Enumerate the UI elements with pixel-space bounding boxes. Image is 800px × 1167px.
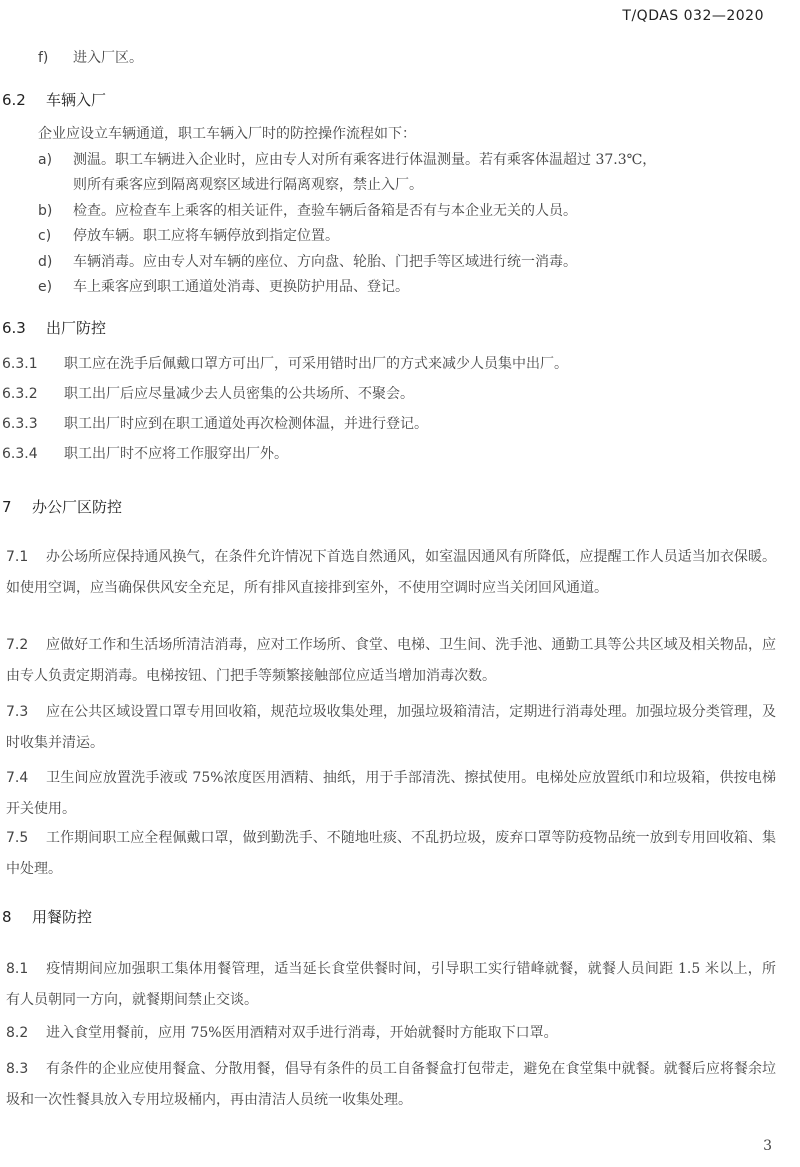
clause-number: 6.3.3 xyxy=(2,414,64,434)
clause-7-2: 7.2应做好工作和生活场所清洁消毒，应对工作场所、食堂、电梯、卫生间、洗手池、通… xyxy=(6,630,776,692)
section-heading-7: 7办公厂区防控 xyxy=(2,496,122,517)
section-title: 用餐防控 xyxy=(32,908,92,926)
list-item-a: a)测温。职工车辆进入企业时，应由专人对所有乘客进行体温测量。若有乘客体温超过 … xyxy=(38,150,656,170)
section-heading-6-2: 6.2车辆入厂 xyxy=(2,89,106,110)
clause-text: 工作期间职工应全程佩戴口罩，做到勤洗手、不随地吐痰、不乱扔垃圾，废弃口罩等防疫物… xyxy=(6,830,776,877)
list-marker: c) xyxy=(38,226,73,246)
list-text: 停放车辆。职工应将车辆停放到指定位置。 xyxy=(73,228,339,244)
clause-number: 6.3.4 xyxy=(2,444,64,464)
clause-text: 职工出厂时应到在职工通道处再次检测体温，并进行登记。 xyxy=(64,416,428,432)
list-marker: a) xyxy=(38,150,73,170)
clause-text: 职工应在洗手后佩戴口罩方可出厂，可采用错时出厂的方式来减少人员集中出厂。 xyxy=(64,356,568,372)
clause-6-3-3: 6.3.3职工出厂时应到在职工通道处再次检测体温，并进行登记。 xyxy=(2,414,428,434)
clause-8-3: 8.3有条件的企业应使用餐盒、分散用餐，倡导有条件的员工自备餐盒打包带走，避免在… xyxy=(6,1054,776,1116)
clause-text: 进入食堂用餐前，应用 75%医用酒精对双手进行消毒，开始就餐时方能取下口罩。 xyxy=(46,1025,558,1041)
clause-6-3-4: 6.3.4职工出厂时不应将工作服穿出厂外。 xyxy=(2,444,288,464)
clause-number: 8.3 xyxy=(6,1054,46,1085)
clause-number: 7.1 xyxy=(6,542,46,573)
clause-number: 7.4 xyxy=(6,763,46,794)
clause-7-3: 7.3应在公共区域设置口罩专用回收箱，规范垃圾收集处理，加强垃圾箱清洁，定期进行… xyxy=(6,697,776,759)
clause-8-2: 8.2进入食堂用餐前，应用 75%医用酒精对双手进行消毒，开始就餐时方能取下口罩… xyxy=(6,1018,776,1049)
clause-text: 疫情期间应加强职工集体用餐管理，适当延长食堂供餐时间，引导职工实行错峰就餐，就餐… xyxy=(6,961,776,1008)
clause-text: 卫生间应放置洗手液或 75%浓度医用酒精、抽纸，用于手部清洗、擦拭使用。电梯处应… xyxy=(6,770,776,817)
section-intro: 企业应设立车辆通道，职工车辆入厂时的防控操作流程如下： xyxy=(38,124,416,144)
clause-text: 办公场所应保持通风换气，在条件允许情况下首选自然通风，如室温因通风有所降低，应提… xyxy=(6,549,776,596)
section-heading-6-3: 6.3出厂防控 xyxy=(2,317,106,338)
clause-text: 应在公共区域设置口罩专用回收箱，规范垃圾收集处理，加强垃圾箱清洁，定期进行消毒处… xyxy=(6,704,776,751)
clause-text: 职工出厂后应尽量减少去人员密集的公共场所、不聚会。 xyxy=(64,386,414,402)
clause-number: 7.5 xyxy=(6,823,46,854)
section-title: 车辆入厂 xyxy=(46,91,106,109)
section-title: 出厂防控 xyxy=(46,319,106,337)
clause-6-3-2: 6.3.2职工出厂后应尽量减少去人员密集的公共场所、不聚会。 xyxy=(2,384,414,404)
section-number: 6.3 xyxy=(2,319,46,337)
list-marker: f) xyxy=(38,48,73,68)
section-title: 办公厂区防控 xyxy=(32,498,122,516)
clause-number: 7.2 xyxy=(6,630,46,661)
list-item-d: d)车辆消毒。应由专人对车辆的座位、方向盘、轮胎、门把手等区域进行统一消毒。 xyxy=(38,252,577,272)
clause-text: 应做好工作和生活场所清洁消毒，应对工作场所、食堂、电梯、卫生间、洗手池、通勤工具… xyxy=(6,637,776,684)
clause-number: 6.3.1 xyxy=(2,354,64,374)
list-text: 进入厂区。 xyxy=(73,50,143,66)
clause-8-1: 8.1疫情期间应加强职工集体用餐管理，适当延长食堂供餐时间，引导职工实行错峰就餐… xyxy=(6,954,776,1016)
clause-7-4: 7.4卫生间应放置洗手液或 75%浓度医用酒精、抽纸，用于手部清洗、擦拭使用。电… xyxy=(6,763,776,825)
list-text: 车辆消毒。应由专人对车辆的座位、方向盘、轮胎、门把手等区域进行统一消毒。 xyxy=(73,254,577,270)
list-marker: b) xyxy=(38,201,73,221)
section-heading-8: 8用餐防控 xyxy=(2,906,92,927)
list-marker: e) xyxy=(38,277,73,297)
list-marker: d) xyxy=(38,252,73,272)
list-item-b: b)检查。应检查车上乘客的相关证件，查验车辆后备箱是否有与本企业无关的人员。 xyxy=(38,201,577,221)
section-number: 7 xyxy=(2,498,32,516)
clause-text: 职工出厂时不应将工作服穿出厂外。 xyxy=(64,446,288,462)
document-code: T/QDAS 032—2020 xyxy=(622,8,764,24)
clause-7-5: 7.5工作期间职工应全程佩戴口罩，做到勤洗手、不随地吐痰、不乱扔垃圾，废弃口罩等… xyxy=(6,823,776,885)
clause-7-1: 7.1办公场所应保持通风换气，在条件允许情况下首选自然通风，如室温因通风有所降低… xyxy=(6,542,776,604)
list-item-a-continuation: 则所有乘客应到隔离观察区域进行隔离观察，禁止入厂。 xyxy=(73,175,423,195)
clause-number: 8.1 xyxy=(6,954,46,985)
clause-number: 6.3.2 xyxy=(2,384,64,404)
list-item-f: f)进入厂区。 xyxy=(38,48,143,68)
clause-text: 有条件的企业应使用餐盒、分散用餐，倡导有条件的员工自备餐盒打包带走，避免在食堂集… xyxy=(6,1061,776,1108)
list-text: 检查。应检查车上乘客的相关证件，查验车辆后备箱是否有与本企业无关的人员。 xyxy=(73,203,577,219)
clause-6-3-1: 6.3.1职工应在洗手后佩戴口罩方可出厂，可采用错时出厂的方式来减少人员集中出厂… xyxy=(2,354,568,374)
section-number: 8 xyxy=(2,908,32,926)
list-text: 车上乘客应到职工通道处消毒、更换防护用品、登记。 xyxy=(73,279,409,295)
clause-number: 7.3 xyxy=(6,697,46,728)
list-text: 测温。职工车辆进入企业时，应由专人对所有乘客进行体温测量。若有乘客体温超过 37… xyxy=(73,152,656,168)
list-item-e: e)车上乘客应到职工通道处消毒、更换防护用品、登记。 xyxy=(38,277,409,297)
page-number: 3 xyxy=(763,1138,772,1154)
clause-number: 8.2 xyxy=(6,1018,46,1049)
list-item-c: c)停放车辆。职工应将车辆停放到指定位置。 xyxy=(38,226,339,246)
section-number: 6.2 xyxy=(2,91,46,109)
